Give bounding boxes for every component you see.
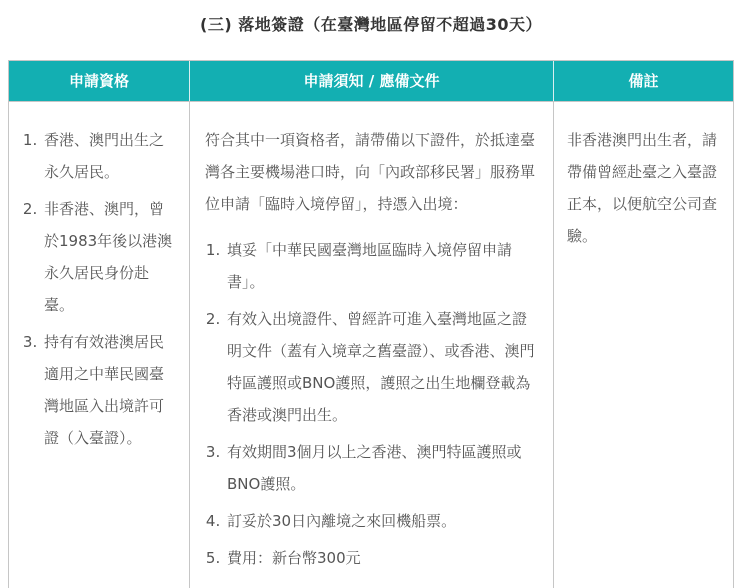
qualification-item: 持有有效港澳居民適用之中華民國臺灣地區入出境許可證（入臺證）。 (42, 326, 176, 454)
qualification-list: 香港、澳門出生之永久居民。 非香港、澳門，曾於1983年後以港澳永久居民身份赴臺… (22, 124, 176, 454)
column-header-qualification: 申請資格 (9, 61, 189, 101)
requirements-intro: 符合其中一項資格者，請帶備以下證件，於抵達臺灣各主要機場港口時，向「內政部移民署… (205, 124, 538, 220)
visa-info-table: 申請資格 申請須知 / 應備文件 備註 香港、澳門出生之永久居民。 非香港、澳門… (8, 60, 734, 588)
remarks-cell: 非香港澳門出生者，請帶備曾經赴臺之入臺證正本，以便航空公司查驗。 (553, 102, 733, 588)
requirements-item: 費用：新台幣300元 (225, 542, 538, 574)
qualification-item: 非香港、澳門，曾於1983年後以港澳永久居民身份赴臺。 (42, 193, 176, 321)
requirements-item: 填妥「中華民國臺灣地區臨時入境停留申請書」。 (225, 234, 538, 298)
page: (三) 落地簽證（在臺灣地區停留不超過30天） 申請資格 申請須知 / 應備文件… (0, 0, 742, 588)
remarks-text: 非香港澳門出生者，請帶備曾經赴臺之入臺證正本，以便航空公司查驗。 (567, 131, 717, 245)
table-body-row: 香港、澳門出生之永久居民。 非香港、澳門，曾於1983年後以港澳永久居民身份赴臺… (9, 101, 733, 588)
page-title: (三) 落地簽證（在臺灣地區停留不超過30天） (8, 0, 734, 35)
requirements-item: 訂妥於30日內離境之來回機船票。 (225, 505, 538, 537)
column-header-requirements: 申請須知 / 應備文件 (189, 61, 553, 101)
requirements-item: 有效期間3個月以上之香港、澳門特區護照或BNO護照。 (225, 436, 538, 500)
requirements-cell: 符合其中一項資格者，請帶備以下證件，於抵達臺灣各主要機場港口時，向「內政部移民署… (189, 102, 553, 588)
requirements-item: 有效入出境證件、曾經許可進入臺灣地區之證明文件（蓋有入境章之舊臺證）、或香港、澳… (225, 303, 538, 431)
qualification-item: 香港、澳門出生之永久居民。 (42, 124, 176, 188)
column-header-remarks: 備註 (553, 61, 733, 101)
requirements-list: 填妥「中華民國臺灣地區臨時入境停留申請書」。 有效入出境證件、曾經許可進入臺灣地… (205, 234, 538, 574)
table-header-row: 申請資格 申請須知 / 應備文件 備註 (9, 61, 733, 101)
qualification-cell: 香港、澳門出生之永久居民。 非香港、澳門，曾於1983年後以港澳永久居民身份赴臺… (9, 102, 189, 588)
